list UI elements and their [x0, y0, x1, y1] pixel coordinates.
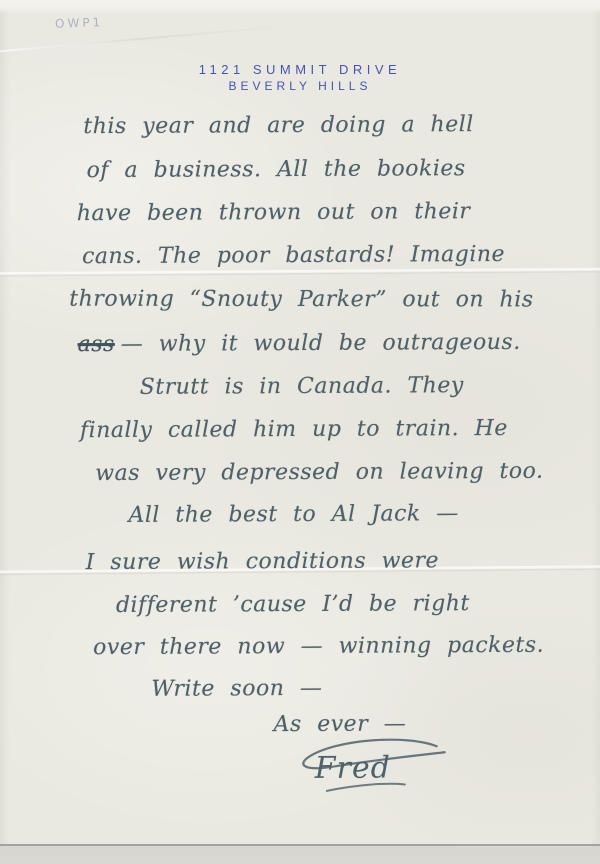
- signature-name: Fred: [315, 751, 391, 786]
- handwritten-line: of a business. All the bookies: [87, 156, 466, 183]
- handwritten-line: was very depressed on leaving too.: [95, 459, 543, 486]
- handwritten-line-rest: — why it would be outrageous.: [121, 330, 521, 357]
- handwritten-body: this year and are doing a hell of a busi…: [0, 0, 600, 864]
- handwritten-line: this year and are doing a hell: [83, 112, 474, 139]
- struck-out-word: ass: [77, 332, 114, 357]
- handwritten-line: cans. The poor bastards! Imagine: [82, 242, 505, 269]
- closing-write-soon: Write soon —: [151, 676, 322, 702]
- handwritten-line: All the best to Al Jack —: [128, 501, 458, 528]
- handwritten-line: different ’cause I’d be right: [116, 591, 470, 618]
- handwritten-line: finally called him up to train. He: [80, 416, 508, 443]
- handwritten-line: I sure wish conditions were: [86, 548, 439, 575]
- letter-sheet: OWP1 1121 SUMMIT DRIVE BEVERLY HILLS thi…: [0, 0, 600, 855]
- handwritten-line: ass— why it would be outrageous.: [77, 330, 520, 357]
- scan-bottom-edge: [0, 844, 600, 855]
- handwritten-line: throwing “Snouty Parker” out on his: [69, 287, 533, 313]
- handwritten-line: have been thrown out on their: [77, 199, 471, 226]
- handwritten-line: Strutt is in Canada. They: [140, 373, 464, 400]
- signature-block: Fred: [287, 732, 467, 803]
- handwritten-line: over there now — winning packets.: [93, 633, 544, 660]
